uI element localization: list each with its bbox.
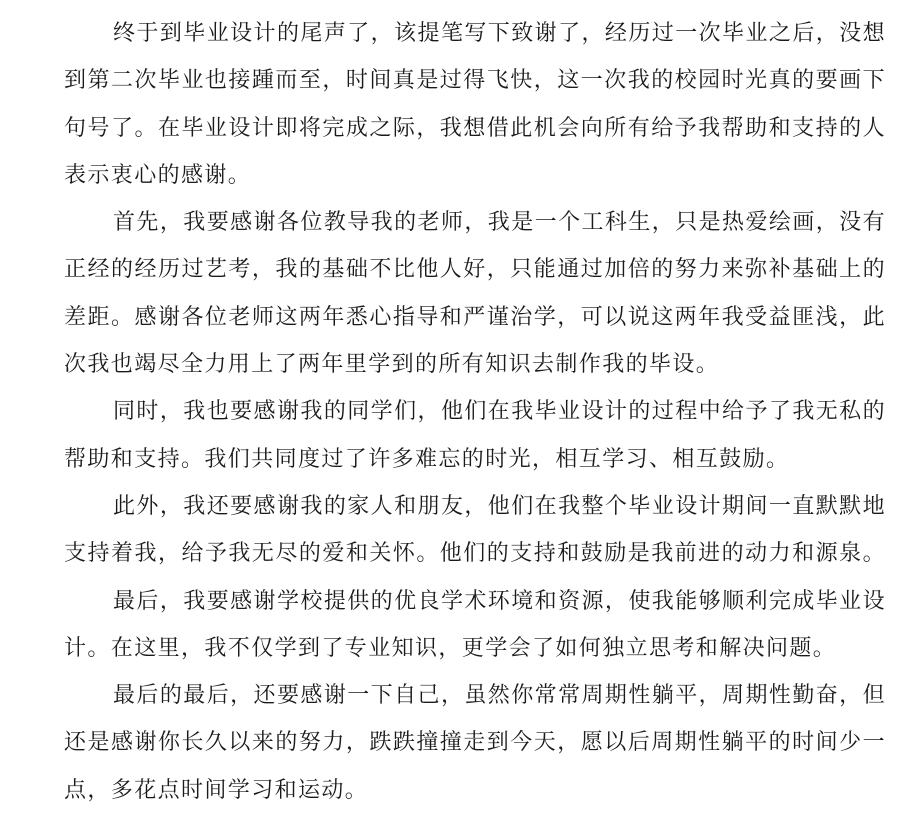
text-line: 还是感谢你长久以来的努力，跌跌撞撞走到今天，愿以后周期性躺平的时间少一 bbox=[20, 719, 886, 766]
acknowledgements-document: 终于到毕业设计的尾声了，该提笔写下致谢了，经历过一次毕业之后，没想 到第二次毕业… bbox=[20, 10, 886, 814]
paragraph-teachers: 首先，我要感谢各位教导我的老师，我是一个工科生，只是热爱绘画，没有 正经的经历过… bbox=[20, 199, 886, 388]
text-line: 计。在这里，我不仅学到了专业知识，更学会了如何独立思考和解决问题。 bbox=[20, 625, 886, 672]
text-line: 次我也竭尽全力用上了两年里学到的所有知识去制作我的毕设。 bbox=[20, 341, 886, 388]
paragraph-family: 此外，我还要感谢我的家人和朋友，他们在我整个毕业设计期间一直默默地 支持着我，给… bbox=[20, 483, 886, 578]
text-line: 表示衷心的感谢。 bbox=[20, 152, 886, 199]
text-line: 支持着我，给予我无尽的爱和关怀。他们的支持和鼓励是我前进的动力和源泉。 bbox=[20, 530, 886, 577]
text-line: 差距。感谢各位老师这两年悉心指导和严谨治学，可以说这两年我受益匪浅，此 bbox=[20, 294, 886, 341]
text-line: 到第二次毕业也接踵而至，时间真是过得飞快，这一次我的校园时光真的要画下 bbox=[20, 57, 886, 104]
text-line: 同时，我也要感谢我的同学们，他们在我毕业设计的过程中给予了我无私的 bbox=[20, 388, 886, 435]
paragraph-intro: 终于到毕业设计的尾声了，该提笔写下致谢了，经历过一次毕业之后，没想 到第二次毕业… bbox=[20, 10, 886, 199]
text-line: 此外，我还要感谢我的家人和朋友，他们在我整个毕业设计期间一直默默地 bbox=[20, 483, 886, 530]
paragraph-classmates: 同时，我也要感谢我的同学们，他们在我毕业设计的过程中给予了我无私的 帮助和支持。… bbox=[20, 388, 886, 483]
paragraph-school: 最后，我要感谢学校提供的优良学术环境和资源，使我能够顺利完成毕业设 计。在这里，… bbox=[20, 578, 886, 673]
text-line: 句号了。在毕业设计即将完成之际，我想借此机会向所有给予我帮助和支持的人 bbox=[20, 105, 886, 152]
text-line: 帮助和支持。我们共同度过了许多难忘的时光，相互学习、相互鼓励。 bbox=[20, 436, 886, 483]
text-line: 点，多花点时间学习和运动。 bbox=[20, 767, 886, 814]
text-line: 终于到毕业设计的尾声了，该提笔写下致谢了，经历过一次毕业之后，没想 bbox=[20, 10, 886, 57]
text-line: 首先，我要感谢各位教导我的老师，我是一个工科生，只是热爱绘画，没有 bbox=[20, 199, 886, 246]
text-line: 最后的最后，还要感谢一下自己，虽然你常常周期性躺平，周期性勤奋，但 bbox=[20, 672, 886, 719]
paragraph-self: 最后的最后，还要感谢一下自己，虽然你常常周期性躺平，周期性勤奋，但 还是感谢你长… bbox=[20, 672, 886, 814]
text-line: 正经的经历过艺考，我的基础不比他人好，只能通过加倍的努力来弥补基础上的 bbox=[20, 246, 886, 293]
text-line: 最后，我要感谢学校提供的优良学术环境和资源，使我能够顺利完成毕业设 bbox=[20, 578, 886, 625]
